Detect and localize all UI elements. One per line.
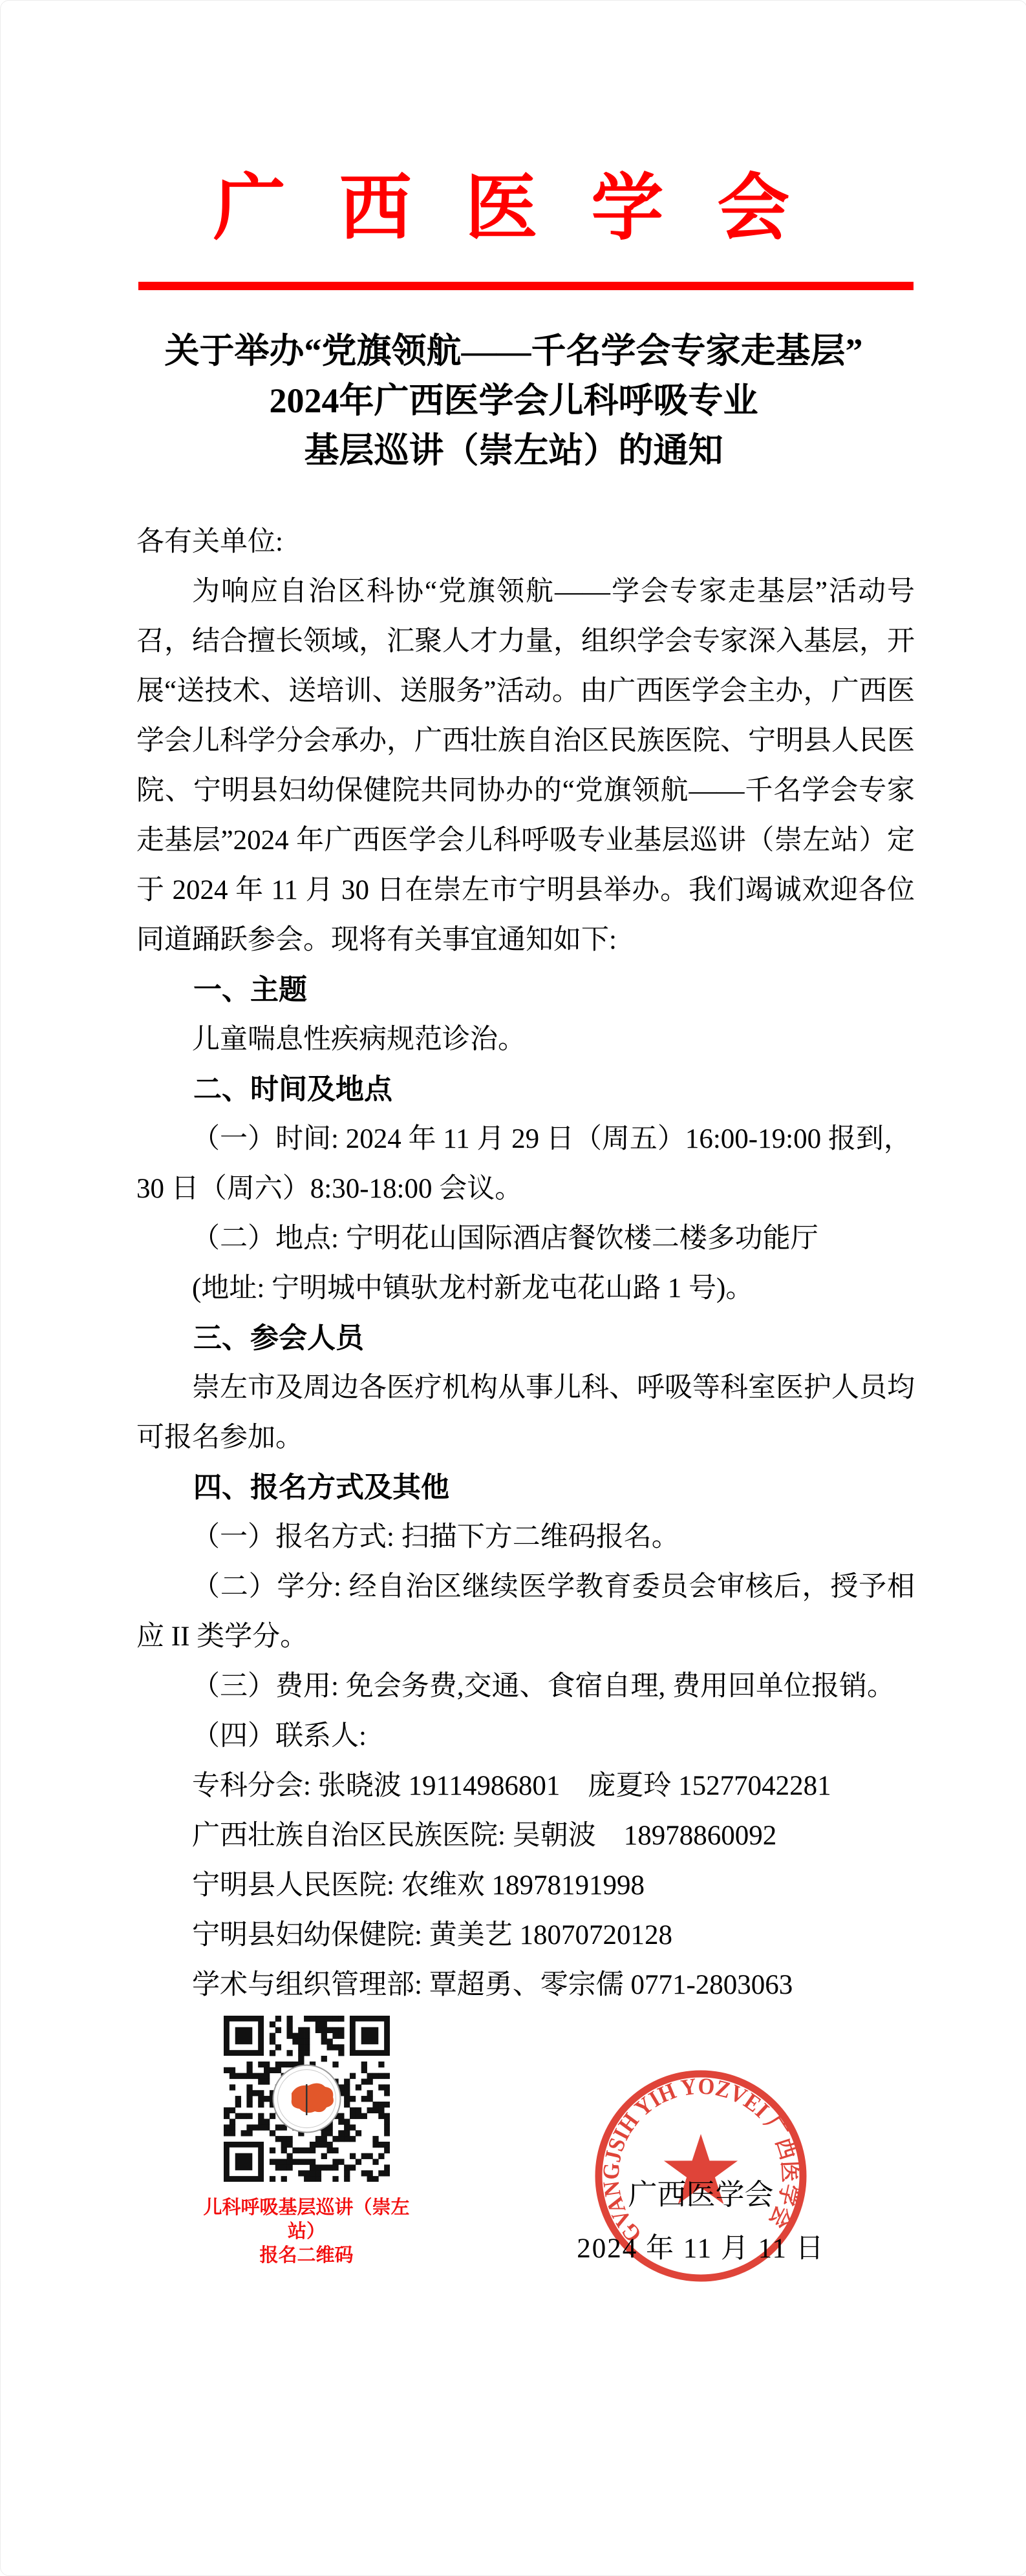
section-2-time-cont: 30 日（周六）8:30-18:00 会议。 xyxy=(136,1164,915,1214)
credits-info: （二）学分: 经自治区继续医学教育委员会审核后，授予相应 II 类学分。 xyxy=(136,1562,915,1662)
registration-qr-block: 儿科呼吸基层巡讲（崇左站） 报名二维码 xyxy=(195,2016,418,2268)
section-2-time: （一）时间: 2024 年 11 月 29 日（周五）16:00-19:00 报… xyxy=(136,1114,915,1164)
registration-qr-code xyxy=(224,2016,390,2182)
official-red-seal: GVANGJSIH YIH YOZVEI 广西医学会 xyxy=(591,2066,811,2286)
section-1-heading: 一、主题 xyxy=(136,965,915,1015)
qr-caption-line1: 儿科呼吸基层巡讲（崇左站） xyxy=(195,2196,418,2244)
qr-caption: 儿科呼吸基层巡讲（崇左站） 报名二维码 xyxy=(195,2196,418,2268)
contact-minzu-hospital: 广西壮族自治区民族医院: 吴朝波 18978860092 xyxy=(136,1811,915,1861)
contact-fuyou-hospital: 宁明县妇幼保健院: 黄美艺 18070720128 xyxy=(136,1910,915,1960)
notice-body: 各有关单位: 为响应自治区科协“党旗领航——学会专家走基层”活动号召，结合擅长领… xyxy=(136,517,915,2010)
intro-paragraph: 为响应自治区科协“党旗领航——学会专家走基层”活动号召，结合擅长领域，汇聚人才力… xyxy=(136,567,915,965)
registration-method: （一）报名方式: 扫描下方二维码报名。 xyxy=(136,1512,915,1562)
section-2-venue: （二）地点: 宁明花山国际酒店餐饮楼二楼多功能厅 xyxy=(136,1214,915,1263)
document-title-line3: 基层巡讲（崇左站）的通知 xyxy=(1,426,1026,476)
contact-admin-dept: 学术与组织管理部: 覃超勇、零宗儒 0771-2803063 xyxy=(136,1960,915,2010)
contact-renmin-hospital: 宁明县人民医院: 农维欢 18978191998 xyxy=(136,1861,915,1910)
notice-footer: 儿科呼吸基层巡讲（崇左站） 报名二维码 广西医学会 2024 年 11 月 11… xyxy=(1,2016,1026,2378)
notice-page: 广西医学会 关于举办“党旗领航——千名学会专家走基层” 2024年广西医学会儿科… xyxy=(0,0,1026,2576)
contacts-label: （四）联系人: xyxy=(136,1711,915,1761)
section-4-heading: 四、报名方式及其他 xyxy=(136,1462,915,1512)
document-title-line1: 关于举办“党旗领航——千名学会专家走基层” xyxy=(1,326,1026,376)
section-3-heading: 三、参会人员 xyxy=(136,1313,915,1363)
signature-block: 广西医学会 2024 年 11 月 11 日 GVANGJSIH YIH YOZ… xyxy=(572,2016,830,2313)
salutation: 各有关单位: xyxy=(136,517,915,567)
document-title-line2: 2024年广西医学会儿科呼吸专业 xyxy=(1,376,1026,426)
letterhead-org-title: 广西医学会 xyxy=(1,167,1026,251)
seal-star-icon xyxy=(664,2134,738,2204)
contact-branch: 专科分会: 张晓波 19114986801 庞夏玲 15277042281 xyxy=(136,1761,915,1811)
section-2-address: (地址: 宁明城中镇驮龙村新龙屯花山路 1 号)。 xyxy=(136,1263,915,1313)
document-title: 关于举办“党旗领航——千名学会专家走基层” 2024年广西医学会儿科呼吸专业 基… xyxy=(1,326,1026,476)
fees-info: （三）费用: 免会务费,交通、食宿自理, 费用回单位报销。 xyxy=(136,1662,915,1711)
section-1-topic: 儿童喘息性疾病规范诊治。 xyxy=(136,1015,915,1064)
section-3-participants: 崇左市及周边各医疗机构从事儿科、呼吸等科室医护人员均可报名参加。 xyxy=(136,1363,915,1462)
qr-caption-line2: 报名二维码 xyxy=(195,2244,418,2268)
section-2-heading: 二、时间及地点 xyxy=(136,1064,915,1114)
letterhead-divider-line xyxy=(138,282,914,290)
